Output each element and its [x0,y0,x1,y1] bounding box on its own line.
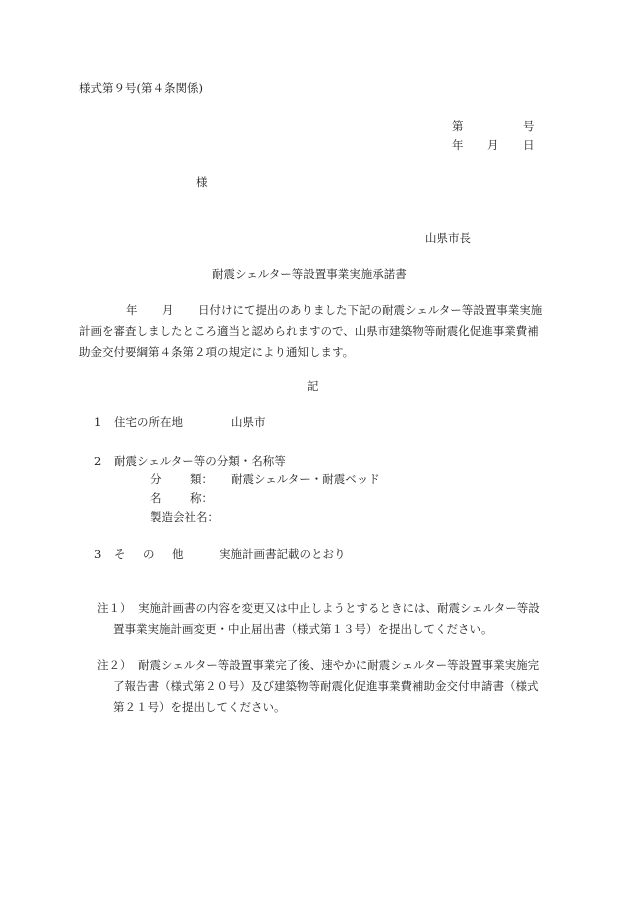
document-number-prefix: 第 [452,118,464,134]
classification-value: 耐震シェルター・耐震ベッド [231,471,380,487]
item-1-value: 山県市 [231,414,266,430]
note-2-line-3: 第２１号）を提出してください。 [113,699,286,715]
body-line-1: 日付けにて提出のありました下記の耐震シェルター等設置事業実施 [198,302,542,318]
body-month: 月 [162,302,174,318]
document-title: 耐震シェルター等設置事業実施承諾書 [212,266,407,282]
date-year: 年 [452,137,464,153]
addressee-suffix: 様 [196,174,208,190]
classification-label-a: 分 [150,471,162,487]
item-1-number: 1 [94,414,101,430]
ki-heading: 記 [307,378,319,394]
note-1-line-2: 置事業実施計画変更・中止届出書（様式第１３号）を提出してください。 [113,621,493,637]
name-label-b: 称： [190,490,213,506]
note-1-marker: 注１） [97,600,132,616]
item-2-number: 2 [94,453,101,469]
note-1-line-1: 実施計画書の内容を変更又は中止しようとするときには、耐震シェルター等設 [138,600,540,616]
document-number-suffix: 号 [523,118,535,134]
item-3-label-b: の [143,546,155,562]
item-3-value: 実施計画書記載のとおり [219,546,346,562]
item-3-number: 3 [94,546,101,562]
date-month: 月 [487,137,499,153]
note-2-line-1: 耐震シェルター等設置事業完了後、速やかに耐震シェルター等設置事業実施完 [138,657,539,673]
date-day: 日 [523,137,535,153]
issuer: 山県市長 [425,230,471,246]
item-1-label: 住宅の所在地 [114,414,183,430]
form-label: 様式第９号(第４条関係) [79,80,203,96]
body-line-3: 助金交付要綱第４条第２項の規定により通知します。 [79,344,354,360]
body-line-2: 計画を審査しましたところ適当と認められますので、山県市建築物等耐震化促進事業費補 [79,323,539,339]
manufacturer-label: 製造会社名： [150,509,219,525]
item-3-label-c: 他 [172,546,184,562]
item-2-label: 耐震シェルター等の分類・名称等 [114,453,286,469]
name-label-a: 名 [150,490,162,506]
classification-label-b: 類： [190,471,213,487]
note-2-line-2: 了報告書（様式第２０号）及び建築物等耐震化促進事業費補助金交付申請書（様式 [113,678,539,694]
note-2-marker: 注２） [97,657,132,673]
item-3-label-a: そ [114,546,126,562]
body-year: 年 [126,302,138,318]
